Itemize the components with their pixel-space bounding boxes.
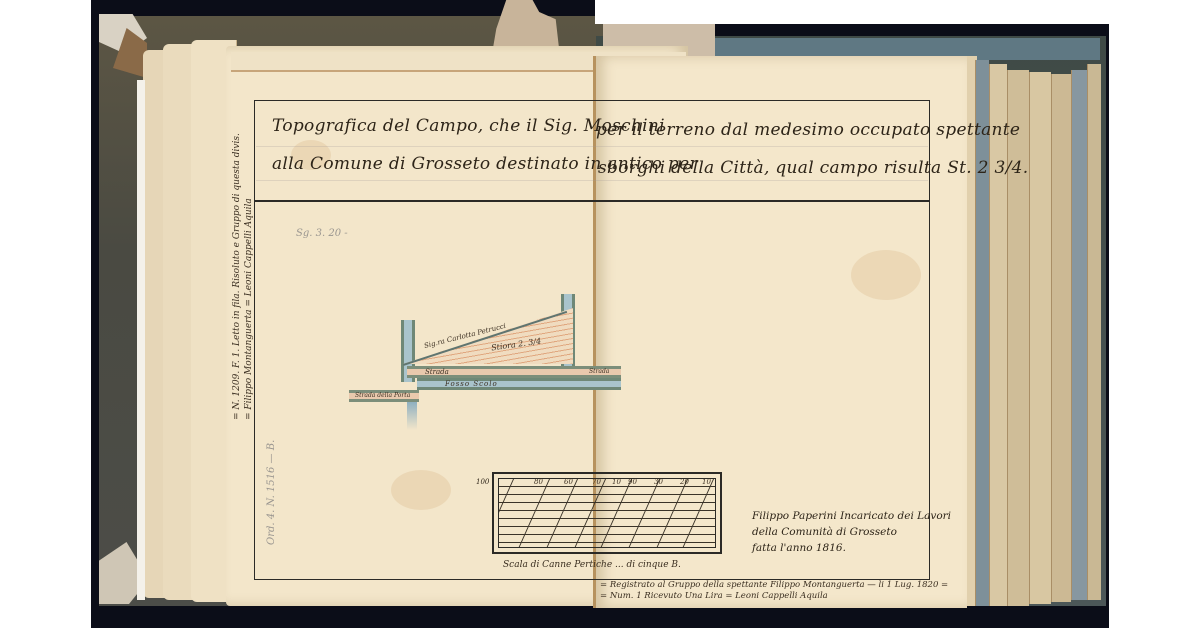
margin-note-line-1: = N. 1209. F. 1. Letto in fila. Risoluto…	[232, 133, 242, 420]
page-stack-right	[1007, 70, 1029, 606]
canal-label: Fosso Scolo	[445, 380, 498, 388]
page-stack-right	[975, 60, 989, 606]
title-divider	[254, 200, 930, 202]
guide-line	[256, 180, 928, 181]
registration-note: = Registrato al Gruppo della spettante F…	[600, 580, 948, 602]
scale-bar: 80 60 70 10 90 30 20 10	[492, 472, 722, 554]
signature-line-1: Filippo Paperini Incaricato dei Lavori	[752, 508, 951, 524]
water-outflow	[407, 402, 417, 430]
guide-line	[256, 146, 928, 147]
page-stack-right	[1087, 64, 1101, 600]
image-margin-left	[0, 0, 91, 628]
registration-line-2: = Num. 1 Ricevuto Una Lira = Leoni Cappe…	[600, 591, 948, 602]
signature-block: Filippo Paperini Incaricato dei Lavori d…	[752, 508, 951, 556]
scale-diagonal	[601, 479, 632, 547]
title-line-2-right: sborghi della Città, qual campo risulta …	[598, 158, 1028, 178]
torn-paper-tag	[493, 0, 559, 48]
signature-line-2: della Comunità di Grosseto	[752, 524, 951, 540]
registration-line-1: = Registrato al Gruppo della spettante F…	[600, 580, 948, 591]
scale-left-number: 100	[476, 478, 489, 486]
scale-number: 30	[654, 478, 663, 486]
scale-number: 10	[612, 478, 621, 486]
white-leaf-edge	[137, 80, 145, 600]
scale-number: 10	[702, 478, 711, 486]
road-label: Strada	[425, 368, 449, 376]
scale-diagonal	[519, 479, 550, 547]
page-stack-right	[989, 64, 1007, 606]
scale-number: 20	[680, 478, 689, 486]
right-edge-label: Strada	[589, 368, 609, 375]
scale-grid	[498, 478, 716, 548]
scale-diagonal	[683, 479, 714, 547]
page-stack-right	[1071, 70, 1087, 600]
title-line-1-right: per il terreno dal medesimo occupato spe…	[596, 120, 1020, 140]
pencil-note-vertical: Ord. 4. N. 1516 — B.	[266, 440, 277, 545]
scale-number: 90	[628, 478, 637, 486]
image-margin-right	[1109, 0, 1200, 628]
scale-diagonal	[575, 479, 606, 547]
scale-diagonal	[657, 479, 688, 547]
scale-number: 70	[592, 478, 601, 486]
scale-caption: Scala di Canne Pertiche ... di cinque B.	[503, 560, 681, 570]
scale-diagonal	[629, 479, 660, 547]
page-stack-right	[1029, 72, 1051, 604]
scale-diagonal	[498, 479, 514, 547]
scale-diagonal	[547, 479, 578, 547]
image-crop-white	[595, 0, 1200, 24]
page-stack-right	[1051, 74, 1071, 602]
margin-note-line-2: = Filippo Montanguerta = Leoni Cappelli …	[244, 198, 254, 420]
scale-number: 60	[564, 478, 573, 486]
pencil-note-top: Sg. 3. 20 -	[296, 228, 348, 239]
topographic-map: Sig.ra Carlotta Petrucci Stiora 2. 3/4 S…	[345, 290, 625, 430]
scale-number: 80	[534, 478, 543, 486]
signature-line-3: fatta l'anno 1816.	[752, 540, 951, 556]
left-road-label: Strada della Porta	[355, 392, 410, 399]
